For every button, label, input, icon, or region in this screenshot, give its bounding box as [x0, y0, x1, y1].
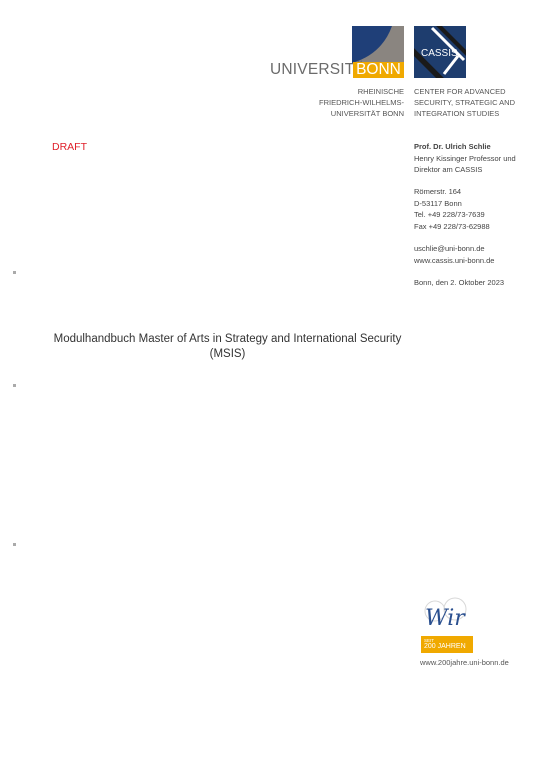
title-line: Modulhandbuch Master of Arts in Strategy… [40, 332, 415, 347]
fold-mark [13, 271, 16, 274]
sender-role: Direktor am CASSIS [414, 164, 539, 176]
cassis-sub-line: INTEGRATION STUDIES [414, 108, 539, 119]
uni-bonn-badge: BONN [353, 62, 404, 78]
cassis-sub-line: CENTER FOR ADVANCED [414, 86, 539, 97]
uni-sub-line: FRIEDRICH-WILHELMS- [300, 97, 404, 108]
fax: Fax +49 228/73-62988 [414, 221, 539, 233]
cassis-label: CASSIS [421, 48, 458, 59]
sender-role: Henry Kissinger Professor und [414, 153, 539, 165]
title-line: (MSIS) [40, 347, 415, 362]
cassis-logo-icon: CASSIS [414, 26, 466, 78]
web-link[interactable]: www.cassis.uni-bonn.de [414, 255, 539, 267]
uni-subtitle: RHEINISCHE FRIEDRICH-WILHELMS- UNIVERSIT… [300, 86, 404, 119]
address-block: Römerstr. 164 D-53117 Bonn Tel. +49 228/… [414, 186, 539, 232]
document-title: Modulhandbuch Master of Arts in Strategy… [40, 332, 415, 362]
city: D-53117 Bonn [414, 198, 539, 210]
wir-200-jahre-logo: Wir SEIT 200 JAHREN [421, 597, 473, 649]
wir-script-icon: Wir [421, 597, 473, 631]
email-link[interactable]: uschlie@uni-bonn.de [414, 243, 539, 255]
draft-label: DRAFT [52, 141, 87, 153]
phone: Tel. +49 228/73-7639 [414, 209, 539, 221]
uni-bonn-logo-icon [352, 26, 404, 63]
badge-line: 200 JAHREN [424, 643, 470, 651]
fold-mark [13, 384, 16, 387]
uni-sub-line: RHEINISCHE [300, 86, 404, 97]
sender-block: Prof. Dr. Ulrich Schlie Henry Kissinger … [414, 141, 539, 176]
cassis-sub-line: SECURITY, STRATEGIC AND [414, 97, 539, 108]
date: Bonn, den 2. Oktober 2023 [414, 277, 539, 289]
uni-sub-line: UNIVERSITÄT BONN [300, 108, 404, 119]
anniversary-url[interactable]: www.200jahre.uni-bonn.de [420, 658, 509, 667]
cassis-subtitle: CENTER FOR ADVANCED SECURITY, STRATEGIC … [414, 86, 539, 119]
street: Römerstr. 164 [414, 186, 539, 198]
sender-name: Prof. Dr. Ulrich Schlie [414, 141, 539, 153]
fold-mark [13, 543, 16, 546]
svg-text:Wir: Wir [425, 606, 466, 631]
contact-block: uschlie@uni-bonn.de www.cassis.uni-bonn.… [414, 243, 539, 266]
